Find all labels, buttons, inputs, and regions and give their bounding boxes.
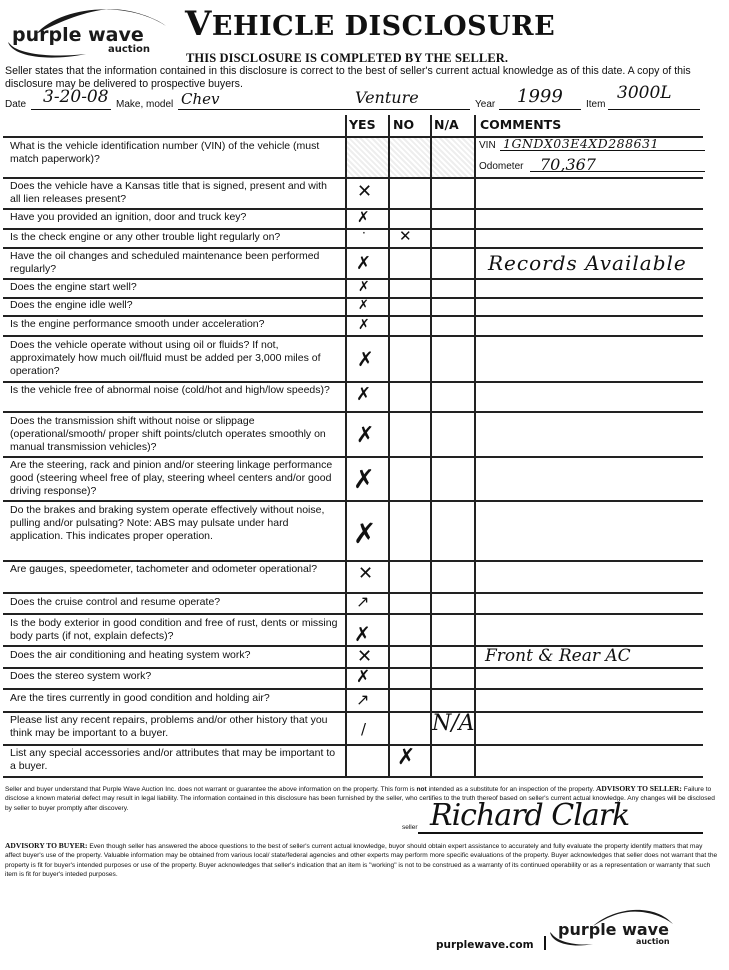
column-header-yes: YES (349, 117, 376, 132)
vin-na-shaded-cell (432, 138, 474, 177)
question-brakes: Do the brakes and braking system operate… (10, 504, 340, 543)
grid-hline (3, 667, 703, 669)
grid-hline (3, 456, 703, 458)
yes-checkmark-x-icon[interactable]: ✗ (358, 299, 369, 312)
footer-purple-wave-logo: purple wave auction (548, 904, 688, 954)
question-engine-idle: Does the engine idle well? (10, 299, 340, 312)
question-gauges: Are gauges, speedometer, tachometer and … (10, 563, 340, 576)
page-subtitle: THIS DISCLOSURE IS COMPLETED BY THE SELL… (186, 51, 508, 66)
yes-checkmark-x-icon[interactable]: ✗ (354, 624, 371, 644)
purple-wave-logo: purple wave auction (6, 4, 176, 60)
question-body-exterior: Is the body exterior in good condition a… (10, 617, 340, 643)
grid-hline (3, 613, 703, 615)
question-recent-repairs: Please list any recent repairs, problems… (10, 714, 340, 740)
column-header-comments: COMMENTS (480, 117, 561, 132)
question-steering: Are the steering, rack and pinion and/or… (10, 459, 340, 498)
model-value[interactable]: Venture (355, 88, 419, 107)
grid-vline (474, 115, 476, 776)
grid-hline (3, 560, 703, 562)
comment-oil-changes[interactable]: Records Available (488, 251, 687, 275)
yes-checkmark-icon[interactable]: ↗ (356, 594, 369, 610)
yes-checkmark-x-icon[interactable]: ✗ (356, 386, 371, 404)
question-cruise-control: Does the cruise control and resume opera… (10, 596, 340, 609)
vin-value[interactable]: 1GNDX03E4XD288631 (503, 136, 659, 151)
yes-checkmark-x-icon[interactable]: ✕ (357, 183, 372, 201)
question-check-engine: Is the check engine or any other trouble… (10, 231, 340, 244)
question-keys: Have you provided an ignition, door and … (10, 211, 340, 224)
grid-vline (388, 115, 390, 776)
grid-hline (3, 335, 703, 337)
yes-dot-mark-icon[interactable]: · (362, 227, 366, 239)
yes-checkmark-x-icon[interactable]: ✗ (357, 210, 370, 225)
grid-hline (3, 177, 703, 179)
date-field-line[interactable] (31, 109, 111, 110)
grid-hline (3, 776, 703, 778)
question-special-accessories: List any special accessories and/or attr… (10, 747, 340, 773)
seller-signature-label: seller (402, 824, 418, 831)
yes-checkmark-x-icon[interactable]: ✗ (358, 280, 370, 294)
yes-checkmark-x-icon[interactable]: ✗ (356, 255, 371, 273)
yes-checkmark-x-icon[interactable]: ✗ (356, 669, 370, 686)
make-model-field-line[interactable] (178, 109, 470, 110)
year-label: Year (475, 99, 495, 110)
footer-divider (544, 936, 546, 950)
yes-tick-mark-icon[interactable]: / (361, 722, 366, 737)
grid-vline (345, 115, 347, 776)
question-tires: Are the tires currently in good conditio… (10, 692, 340, 705)
yes-checkmark-x-icon[interactable]: ✗ (358, 318, 370, 332)
yes-checkmark-icon[interactable]: ↗ (356, 692, 369, 708)
grid-hline (3, 228, 703, 230)
odometer-value[interactable]: 70,367 (540, 155, 596, 174)
question-transmission: Does the transmission shift without nois… (10, 415, 340, 454)
vin-yes-shaded-cell (347, 138, 388, 177)
item-label: Item (586, 99, 605, 110)
grid-vline (430, 115, 432, 776)
no-checkmark-x-icon[interactable]: ✗ (397, 747, 415, 769)
yes-checkmark-x-icon[interactable]: ✕ (358, 565, 373, 583)
year-value[interactable]: 1999 (517, 86, 563, 107)
page-title: VEHICLE DISCLOSURE (185, 4, 555, 44)
question-kansas-title: Does the vehicle have a Kansas title tha… (10, 180, 340, 206)
yes-checkmark-x-icon[interactable]: ✗ (357, 349, 374, 369)
yes-checkmark-x-icon[interactable]: ✗ (353, 467, 375, 493)
comment-air-conditioning[interactable]: Front & Rear AC (485, 646, 631, 666)
make-model-label: Make, model (116, 99, 173, 110)
question-oil-changes: Have the oil changes and scheduled maint… (10, 250, 340, 276)
date-value[interactable]: 3-20-08 (43, 87, 109, 107)
seller-signature[interactable]: Richard Clark (430, 798, 629, 833)
question-stereo: Does the stereo system work? (10, 670, 340, 683)
question-engine-start: Does the engine start well? (10, 281, 340, 294)
grid-hline (3, 500, 703, 502)
column-header-no: NO (393, 117, 414, 132)
yes-checkmark-x-icon[interactable]: ✗ (356, 425, 374, 447)
grid-hline (3, 381, 703, 383)
grid-hline (3, 592, 703, 594)
odometer-label: Odometer (479, 161, 523, 172)
yes-checkmark-x-icon[interactable]: ✗ (353, 520, 376, 548)
logo-wordmark: purple wave (12, 24, 144, 46)
no-checkmark-x-icon[interactable]: ✕ (399, 229, 412, 244)
question-oil-fluids: Does the vehicle operate without using o… (10, 339, 340, 378)
buyer-advisory-text: ADVISORY TO BUYER: Even though seller ha… (5, 841, 720, 880)
footer-logo-sub: auction (636, 937, 670, 946)
date-label: Date (5, 99, 26, 110)
footer-website-link[interactable]: purplewave.com (436, 939, 534, 951)
vin-label: VIN (479, 140, 496, 151)
grid-hline (3, 278, 703, 280)
na-handwritten-value[interactable]: N/A (432, 711, 475, 736)
vin-no-shaded-cell (390, 138, 430, 177)
grid-hline (3, 411, 703, 413)
grid-hline (3, 744, 703, 746)
grid-hline (3, 247, 703, 249)
item-field-line[interactable] (608, 109, 700, 110)
question-engine-performance: Is the engine performance smooth under a… (10, 318, 340, 331)
item-value[interactable]: 3000L (617, 83, 672, 103)
grid-hline (3, 688, 703, 690)
vehicle-fields: Date 3-20-08 Make, model Chev Venture Ye… (5, 86, 720, 112)
grid-hline (3, 711, 703, 713)
make-value[interactable]: Chev (181, 90, 220, 108)
grid-hline (3, 208, 703, 210)
question-abnormal-noise: Is the vehicle free of abnormal noise (c… (10, 384, 340, 397)
question-air-conditioning: Does the air conditioning and heating sy… (10, 649, 340, 662)
logo-sub: auction (108, 44, 150, 55)
column-header-na: N/A (434, 117, 459, 132)
yes-checkmark-x-icon[interactable]: ✕ (357, 648, 372, 666)
year-field-line[interactable] (499, 109, 581, 110)
question-vin: What is the vehicle identification numbe… (10, 140, 340, 166)
grid-hline (3, 315, 703, 317)
